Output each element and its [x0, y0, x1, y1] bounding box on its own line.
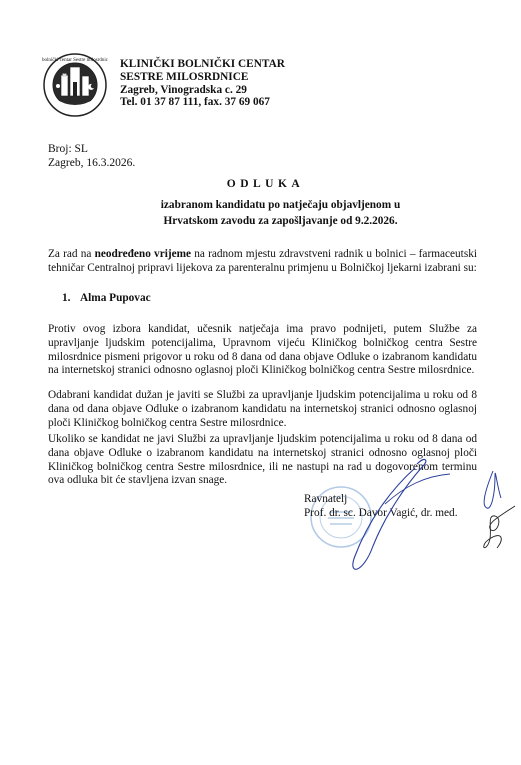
- intro-text-start: Za rad na: [48, 248, 95, 260]
- svg-text:Klinički bolnički centar Sestr: Klinički bolnički centar Sestre milosrdn…: [42, 58, 108, 63]
- document-meta: Broj: SL Zagreb, 16.3.2026.: [48, 142, 135, 170]
- list-item-number: 1.: [62, 292, 80, 304]
- handwritten-signature-icon: [325, 446, 521, 586]
- letterhead: KLINIČKI BOLNIČKI CENTAR SESTRE MILOSRDN…: [120, 58, 285, 109]
- institution-contact: Tel. 01 37 87 111, fax. 37 69 067: [120, 96, 285, 109]
- paragraph-appeal: Protiv ovog izbora kandidat, učesnik nat…: [48, 323, 477, 378]
- subtitle-line-2: Hrvatskom zavodu za zapošljavanje od 9.2…: [40, 213, 521, 229]
- hospital-seal-icon: Klinički bolnički centar Sestre milosrdn…: [42, 52, 108, 118]
- intro-text-bold: neodređeno vrijeme: [95, 248, 191, 260]
- selected-candidates-list: 1.Alma Pupovac: [62, 292, 151, 304]
- institution-name: KLINIČKI BOLNIČKI CENTAR: [120, 58, 285, 71]
- document-title: ODLUKA: [0, 178, 521, 190]
- reference-number: Broj: SL: [48, 142, 135, 156]
- paragraph-obligation: Odabrani kandidat dužan je javiti se Slu…: [48, 389, 477, 430]
- document-subtitle: izabranom kandidatu po natječaju objavlj…: [0, 197, 521, 229]
- institution-subname: SESTRE MILOSRDNICE: [120, 71, 285, 84]
- subtitle-line-1: izabranom kandidatu po natječaju objavlj…: [40, 197, 521, 213]
- place-date: Zagreb, 16.3.2026.: [48, 156, 135, 170]
- institution-address: Zagreb, Vinogradska c. 29: [120, 84, 285, 97]
- candidate-name: Alma Pupovac: [80, 292, 151, 304]
- paragraph-intro: Za rad na neodređeno vrijeme na radnom m…: [48, 248, 477, 276]
- list-item: 1.Alma Pupovac: [62, 292, 151, 304]
